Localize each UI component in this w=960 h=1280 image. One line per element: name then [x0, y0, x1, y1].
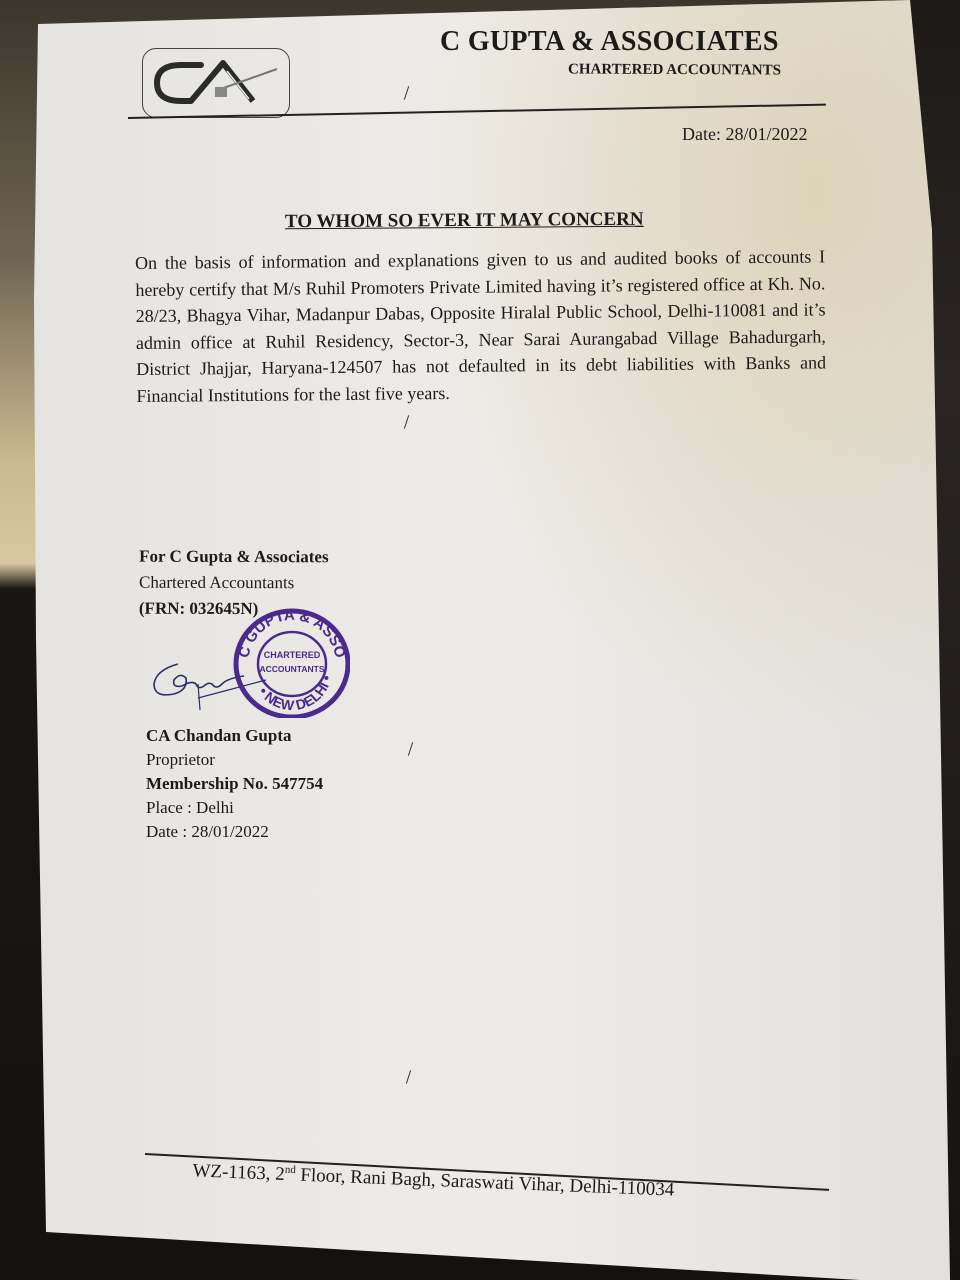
signatory-block: CA Chandan Gupta Proprietor Membership N… — [146, 724, 323, 844]
footer-address-sup: nd — [285, 1164, 296, 1176]
firm-seal-stamp: C GUPTA & ASSOCIATES • NEW DELHI • CHART… — [230, 606, 350, 718]
signatory-title: Proprietor — [146, 748, 323, 772]
letter-body: On the basis of information and explanat… — [135, 243, 826, 409]
footer-address-part1: WZ-1163, 2 — [192, 1160, 285, 1185]
firm-name: C GUPTA & ASSOCIATES — [440, 26, 779, 58]
firm-subtitle: CHARTERED ACCOUNTANTS — [568, 61, 781, 79]
signature-date: Date : 28/01/2022 — [146, 820, 323, 844]
ca-logo-icon — [143, 49, 289, 117]
place: Place : Delhi — [146, 796, 323, 820]
firm-logo — [142, 48, 290, 118]
svg-text:ACCOUNTANTS: ACCOUNTANTS — [259, 664, 324, 674]
letter-heading: TO WHOM SO EVER IT MAY CONCERN — [285, 209, 644, 234]
svg-text:CHARTERED: CHARTERED — [264, 650, 321, 660]
letter-date: Date: 28/01/2022 — [682, 124, 807, 145]
paper-shading — [0, 0, 960, 1280]
membership-number: Membership No. 547754 — [146, 772, 323, 796]
firm-role: Chartered Accountants — [139, 570, 329, 597]
for-firm: For C Gupta & Associates — [139, 544, 329, 571]
signatory-name: CA Chandan Gupta — [146, 724, 323, 748]
